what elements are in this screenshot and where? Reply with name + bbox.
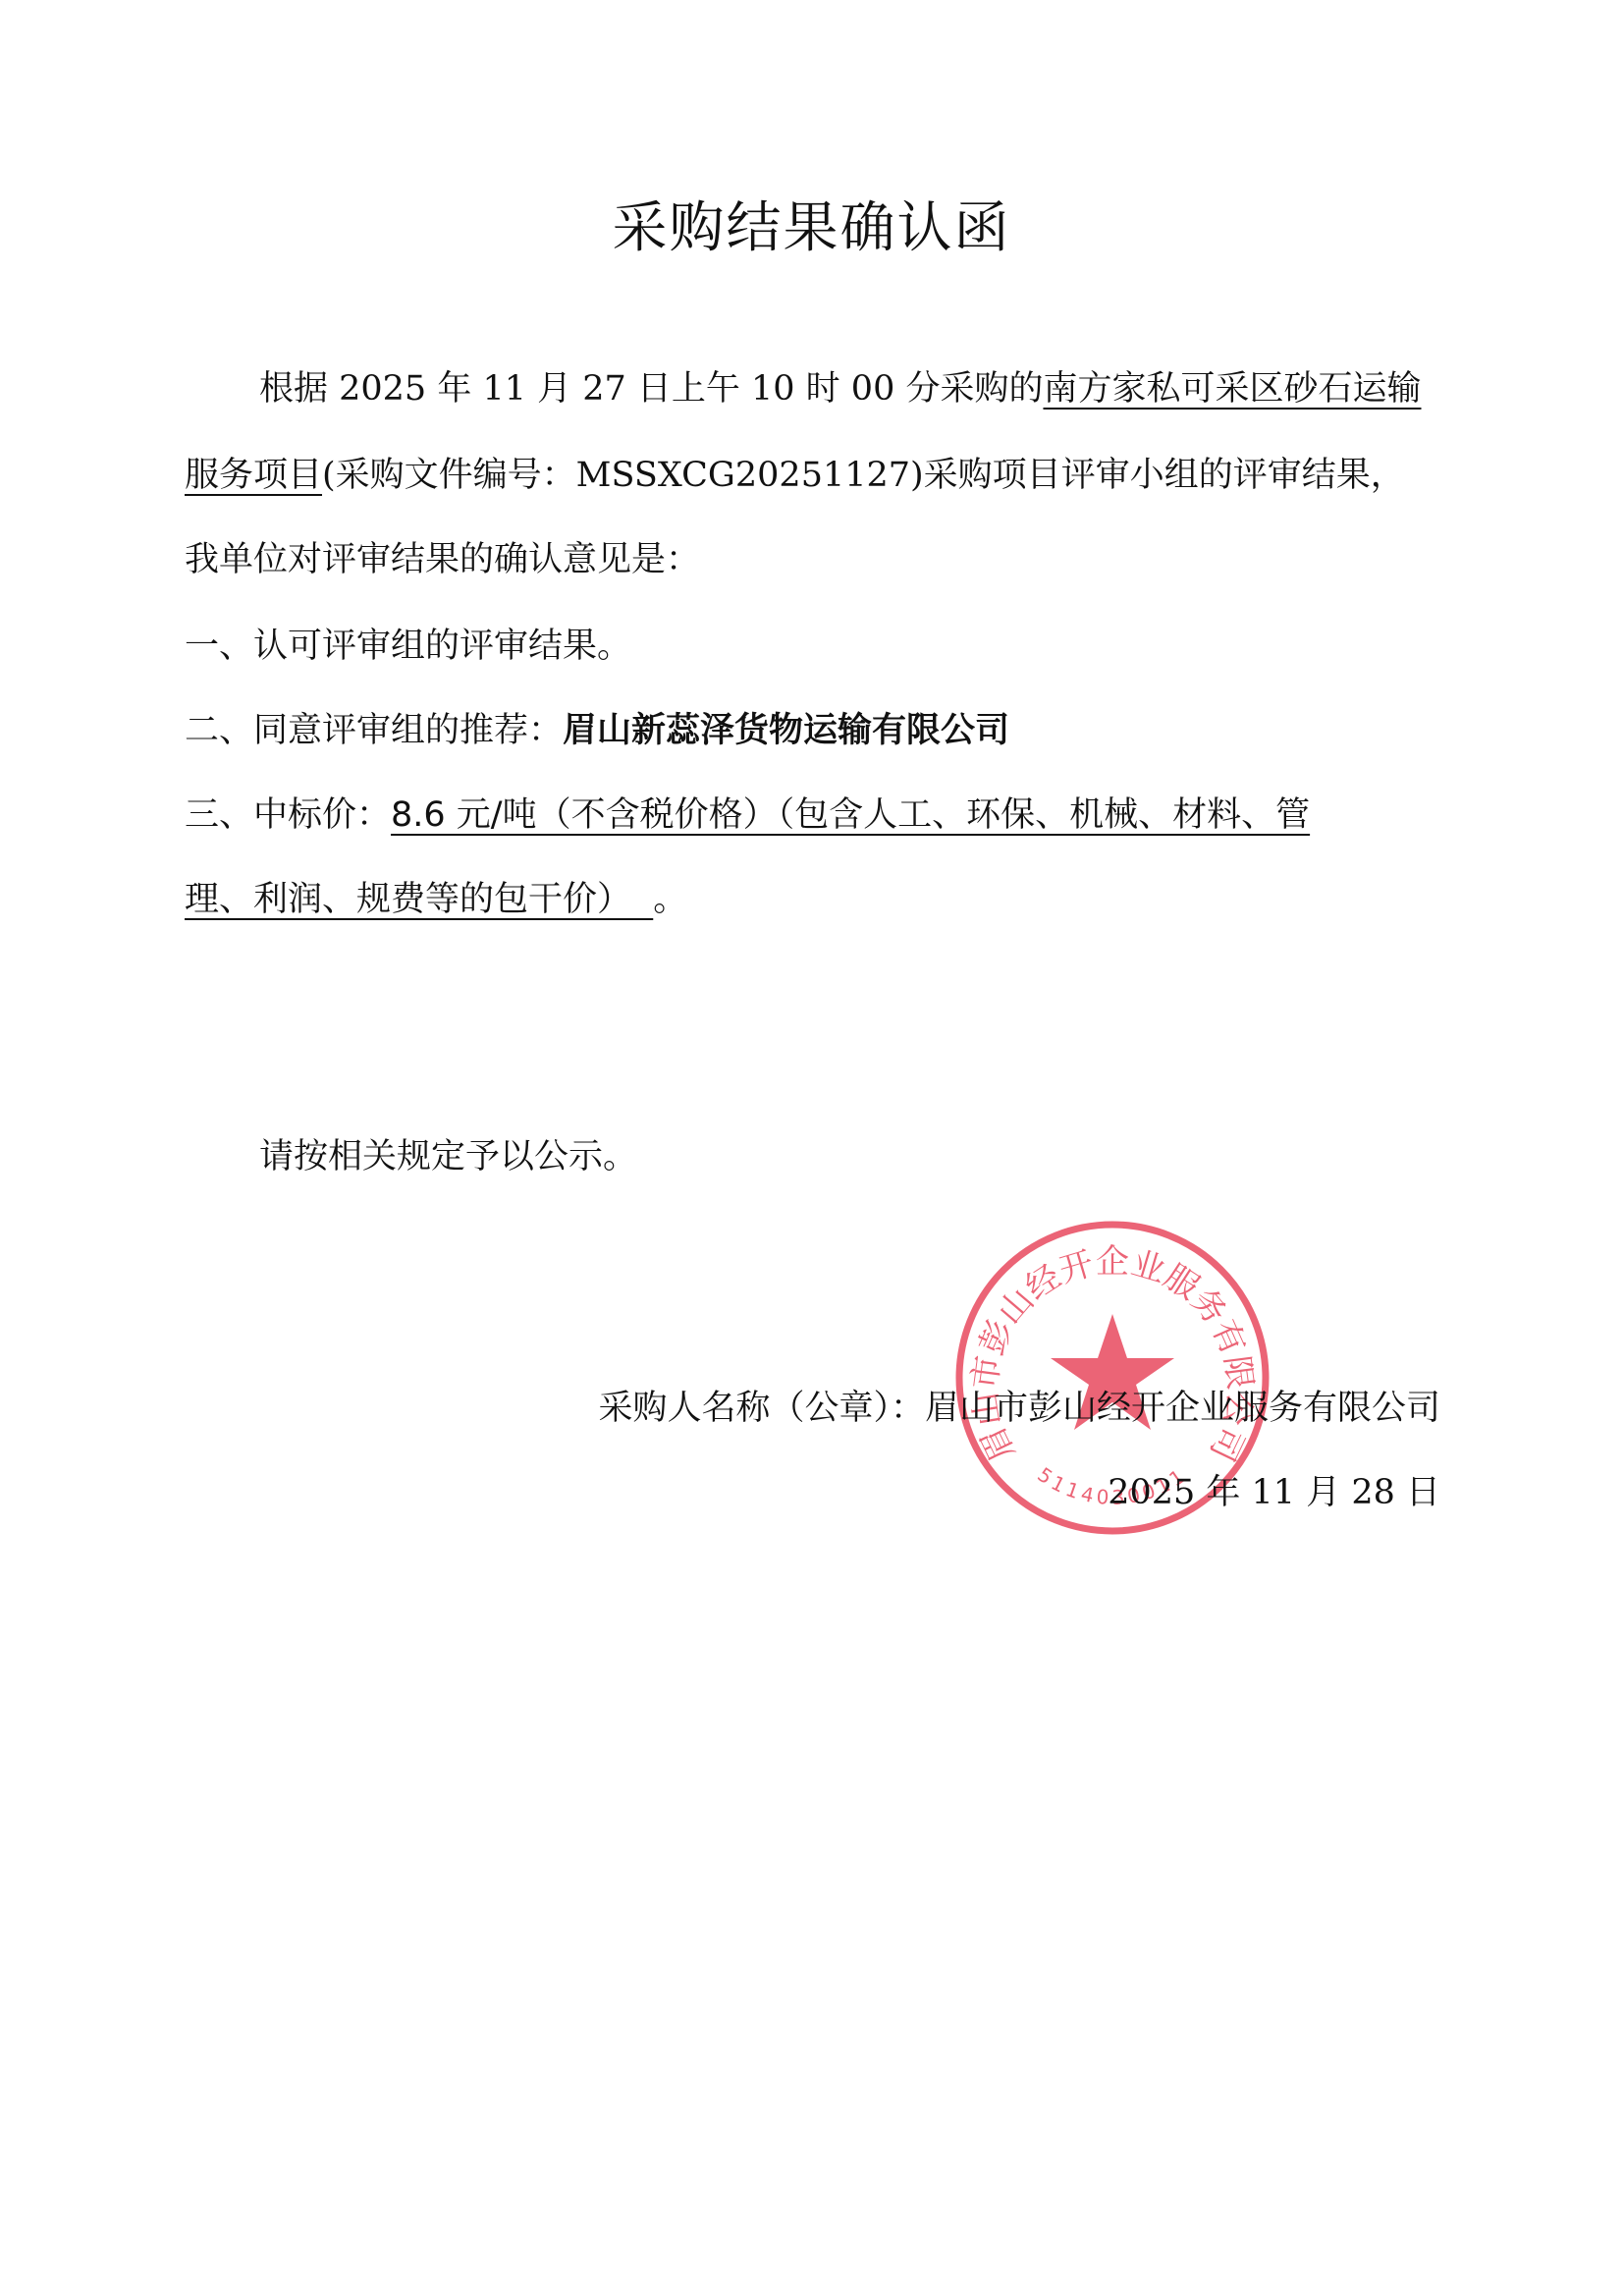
purchaser-signature: 采购人名称（公章）：眉山市彭山经开企业服务有限公司 [598, 1387, 1440, 1430]
bid-price-part1: 8.6 元/吨（不含税价格）（包含人工、环保、机械、材料、管 [391, 795, 1310, 835]
purchaser-label: 采购人名称（公章）： [598, 1389, 925, 1428]
bid-price-part2: 理、利润、规费等的包干价） [185, 880, 653, 919]
item-3-line-1: 三、中标价：8.6 元/吨（不含税价格）（包含人工、环保、机械、材料、管 [185, 793, 1310, 837]
project-name-part2: 服务项目 [185, 456, 322, 495]
item-3-line-2: 理、利润、规费等的包干价） 。 [185, 878, 687, 921]
purchaser-name: 眉山市彭山经开企业服务有限公司 [925, 1389, 1440, 1428]
project-name-part1: 南方家私可采区砂石运输 [1043, 369, 1421, 409]
item3-prefix: 三、中标价： [185, 795, 391, 835]
item2-prefix: 二、同意评审组的推荐： [185, 711, 563, 750]
svg-text:眉山市彭山经开企业服务有限公司: 眉山市彭山经开企业服务有限公司 [965, 1242, 1260, 1467]
paragraph-line-3: 我单位对评审结果的确认意见是： [185, 538, 700, 581]
publicity-notice: 请按相关规定予以公示。 [259, 1135, 637, 1178]
para1-prefix: 根据 2025 年 11 月 27 日上午 10 时 00 分采购的 [259, 369, 1043, 409]
paragraph-line-1: 根据 2025 年 11 月 27 日上午 10 时 00 分采购的南方家私可采… [259, 367, 1422, 410]
recommended-company: 眉山新蕊泽货物运输有限公司 [563, 711, 1009, 750]
para1-mid: (采购文件编号：MSSXCG20251127)采购项目评审小组的评审结果， [322, 456, 1405, 495]
item-1: 一、认可评审组的评审结果。 [185, 625, 631, 668]
document-title: 采购结果确认函 [0, 185, 1623, 263]
item-2: 二、同意评审组的推荐：眉山新蕊泽货物运输有限公司 [185, 709, 1009, 752]
paragraph-line-2: 服务项目(采购文件编号：MSSXCG20251127)采购项目评审小组的评审结果… [185, 454, 1405, 497]
signature-date: 2025 年 11 月 28 日 [1108, 1471, 1440, 1514]
item3-suffix: 。 [653, 880, 687, 919]
